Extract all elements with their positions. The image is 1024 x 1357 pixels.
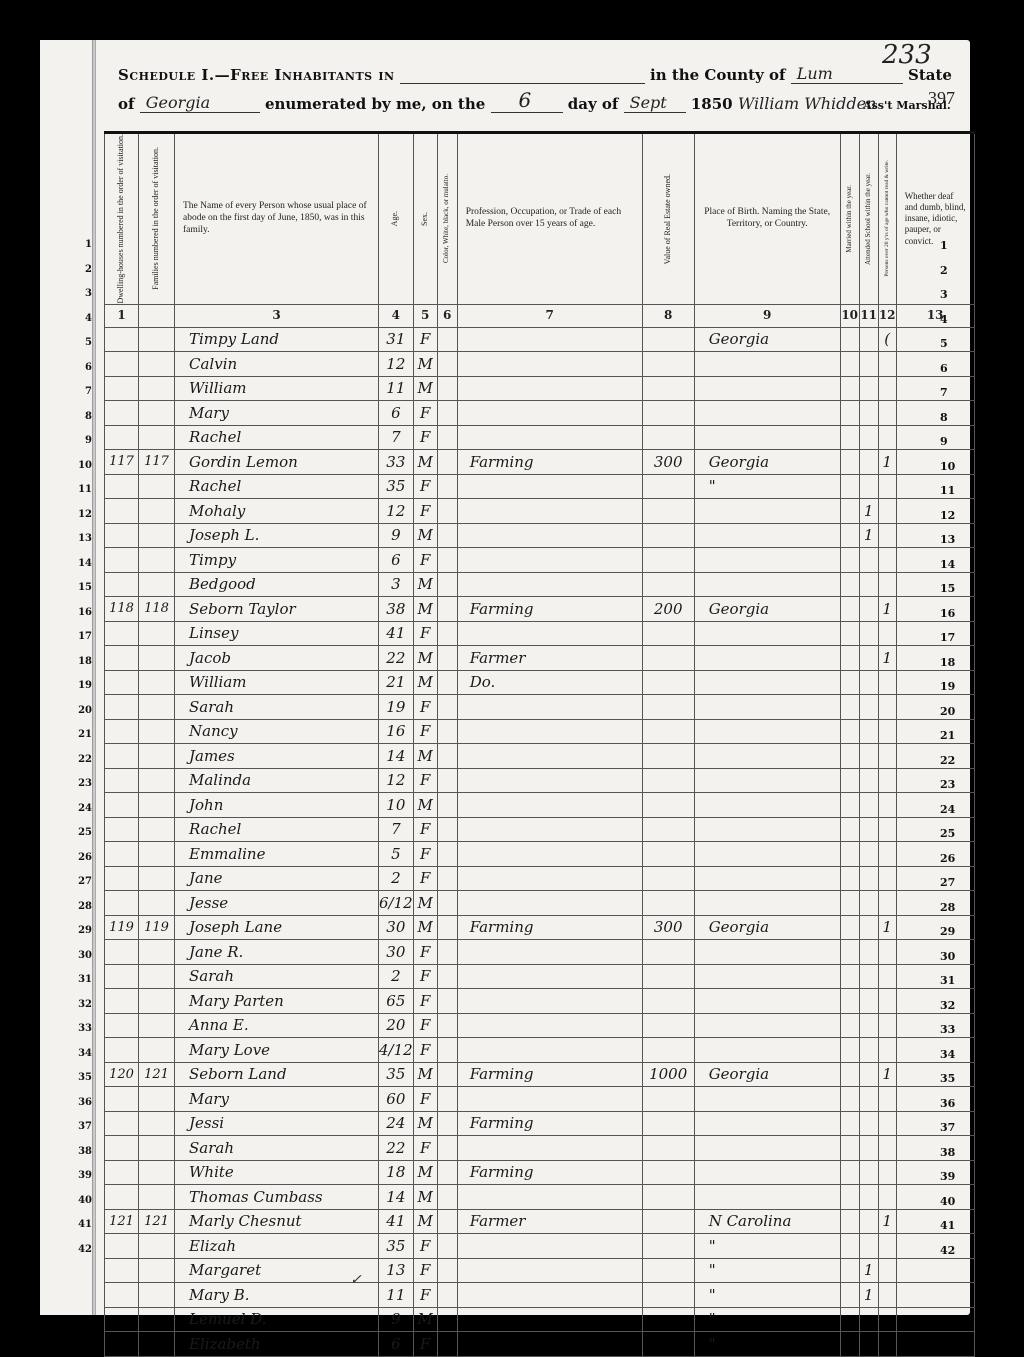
row-number-right: 22 bbox=[940, 754, 955, 767]
color bbox=[437, 1283, 457, 1308]
occupation bbox=[457, 376, 642, 401]
family-number bbox=[139, 940, 175, 965]
disability bbox=[896, 940, 974, 965]
married-mark bbox=[840, 1209, 859, 1234]
school-mark bbox=[859, 327, 878, 352]
birthplace bbox=[694, 695, 840, 720]
census-table: Dwelling-houses numbered in the order of… bbox=[104, 131, 975, 1357]
disability bbox=[896, 1111, 974, 1136]
table-row: Sarah19F bbox=[105, 695, 975, 720]
row-number-left: 16 bbox=[62, 607, 92, 618]
col-school-header: Attended School within the year. bbox=[859, 133, 878, 305]
person-name: Jesse bbox=[175, 891, 379, 916]
birthplace: Georgia bbox=[694, 327, 840, 352]
school-mark bbox=[859, 548, 878, 573]
real-estate-value: 300 bbox=[642, 450, 694, 475]
person-name: Jane R. bbox=[175, 940, 379, 965]
family-number bbox=[139, 964, 175, 989]
age: 22 bbox=[379, 646, 414, 671]
real-estate-value bbox=[642, 621, 694, 646]
occupation bbox=[457, 719, 642, 744]
row-number-left: 38 bbox=[62, 1146, 92, 1157]
state-field: Georgia bbox=[140, 95, 260, 113]
row-number-right: 15 bbox=[940, 582, 955, 595]
married-mark bbox=[840, 499, 859, 524]
married-mark bbox=[840, 425, 859, 450]
birthplace bbox=[694, 401, 840, 426]
sex: F bbox=[413, 768, 437, 793]
occupation bbox=[457, 1087, 642, 1112]
age: 12 bbox=[379, 768, 414, 793]
col-number: 1 bbox=[105, 304, 139, 327]
col-number: 11 bbox=[859, 304, 878, 327]
illiterate-mark bbox=[878, 548, 896, 573]
disability bbox=[896, 1283, 974, 1308]
family-number bbox=[139, 989, 175, 1014]
row-number-left: 26 bbox=[62, 852, 92, 863]
table-row: James14M bbox=[105, 744, 975, 769]
sex: M bbox=[413, 1185, 437, 1210]
person-name: Mohaly bbox=[175, 499, 379, 524]
dwelling-number bbox=[105, 695, 139, 720]
color bbox=[437, 523, 457, 548]
married-mark bbox=[840, 1087, 859, 1112]
occupation: Farming bbox=[457, 450, 642, 475]
illiterate-mark bbox=[878, 1087, 896, 1112]
family-number bbox=[139, 891, 175, 916]
birthplace bbox=[694, 376, 840, 401]
color bbox=[437, 768, 457, 793]
row-number-left: 2 bbox=[62, 264, 92, 275]
illiterate-mark: 1 bbox=[878, 1062, 896, 1087]
disability bbox=[896, 1136, 974, 1161]
married-mark bbox=[840, 768, 859, 793]
person-name: Anna E. bbox=[175, 1013, 379, 1038]
table-row: Jane2F bbox=[105, 866, 975, 891]
illiterate-mark bbox=[878, 376, 896, 401]
col-number: 5 bbox=[413, 304, 437, 327]
person-name: Timpy Land bbox=[175, 327, 379, 352]
school-mark bbox=[859, 1234, 878, 1259]
table-row: Rachel7F bbox=[105, 817, 975, 842]
dwelling-number bbox=[105, 352, 139, 377]
age: 35 bbox=[379, 1062, 414, 1087]
disability bbox=[896, 1332, 974, 1357]
sex: M bbox=[413, 523, 437, 548]
table-row: Mary60F bbox=[105, 1087, 975, 1112]
illiterate-mark bbox=[878, 1234, 896, 1259]
dwelling-number bbox=[105, 940, 139, 965]
age: 6 bbox=[379, 401, 414, 426]
school-mark bbox=[859, 1087, 878, 1112]
age: 22 bbox=[379, 1136, 414, 1161]
row-number-left: 22 bbox=[62, 754, 92, 765]
illiterate-mark bbox=[878, 940, 896, 965]
day-value: 6 bbox=[519, 88, 532, 112]
person-name: William bbox=[175, 376, 379, 401]
disability bbox=[896, 1062, 974, 1087]
disability bbox=[896, 450, 974, 475]
row-number-left: 11 bbox=[62, 484, 92, 495]
family-number bbox=[139, 1111, 175, 1136]
family-number bbox=[139, 866, 175, 891]
row-number-left: 41 bbox=[62, 1219, 92, 1230]
dwelling-number bbox=[105, 1185, 139, 1210]
illiterate-mark bbox=[878, 842, 896, 867]
color bbox=[437, 964, 457, 989]
row-number-right: 30 bbox=[940, 950, 955, 963]
disability bbox=[896, 1234, 974, 1259]
color bbox=[437, 597, 457, 622]
school-mark bbox=[859, 719, 878, 744]
person-name: Lemuel D. bbox=[175, 1307, 379, 1332]
row-number-right: 2 bbox=[940, 264, 948, 277]
col-name-header: The Name of every Person whose usual pla… bbox=[175, 133, 379, 305]
age: 38 bbox=[379, 597, 414, 622]
married-mark bbox=[840, 817, 859, 842]
dwelling-number: 119 bbox=[105, 915, 139, 940]
age: 2 bbox=[379, 964, 414, 989]
row-number-left: 14 bbox=[62, 558, 92, 569]
real-estate-value: 1000 bbox=[642, 1062, 694, 1087]
person-name: Malinda bbox=[175, 768, 379, 793]
table-row: Mohaly12F1 bbox=[105, 499, 975, 524]
row-number-right: 33 bbox=[940, 1023, 955, 1036]
family-number bbox=[139, 1307, 175, 1332]
table-row: Bedgood3M bbox=[105, 572, 975, 597]
row-number-left: 28 bbox=[62, 901, 92, 912]
row-number-right: 26 bbox=[940, 852, 955, 865]
real-estate-value bbox=[642, 401, 694, 426]
married-mark bbox=[840, 1160, 859, 1185]
married-mark bbox=[840, 376, 859, 401]
col-real-estate-header: Value of Real Estate owned. bbox=[642, 133, 694, 305]
disability bbox=[896, 1209, 974, 1234]
table-row: White18MFarming bbox=[105, 1160, 975, 1185]
married-mark bbox=[840, 646, 859, 671]
row-number-left: 34 bbox=[62, 1048, 92, 1059]
family-number bbox=[139, 1013, 175, 1038]
row-number-left: 27 bbox=[62, 876, 92, 887]
row-number-right: 31 bbox=[940, 974, 955, 987]
real-estate-value bbox=[642, 474, 694, 499]
row-number-right: 6 bbox=[940, 362, 948, 375]
occupation bbox=[457, 425, 642, 450]
illiterate-mark: 1 bbox=[878, 915, 896, 940]
disability bbox=[896, 523, 974, 548]
sex: F bbox=[413, 1258, 437, 1283]
row-number-right: 4 bbox=[940, 313, 948, 326]
dwelling-number bbox=[105, 891, 139, 916]
family-number: 118 bbox=[139, 597, 175, 622]
col-number: 8 bbox=[642, 304, 694, 327]
illiterate-mark: 1 bbox=[878, 1209, 896, 1234]
census-rows: Timpy Land31FGeorgia(Calvin12MWilliam11M… bbox=[105, 327, 975, 1356]
row-number-right: 39 bbox=[940, 1170, 955, 1183]
family-number bbox=[139, 1258, 175, 1283]
sex: F bbox=[413, 1013, 437, 1038]
dwelling-number bbox=[105, 1258, 139, 1283]
occupation bbox=[457, 1013, 642, 1038]
row-number-right: 1 bbox=[940, 239, 948, 252]
school-mark bbox=[859, 646, 878, 671]
sex: F bbox=[413, 1136, 437, 1161]
disability bbox=[896, 1307, 974, 1332]
dwelling-number bbox=[105, 793, 139, 818]
row-number-right: 12 bbox=[940, 509, 955, 522]
family-number bbox=[139, 793, 175, 818]
family-number: 121 bbox=[139, 1209, 175, 1234]
occupation bbox=[457, 401, 642, 426]
age: 11 bbox=[379, 376, 414, 401]
person-name: Joseph Lane bbox=[175, 915, 379, 940]
color bbox=[437, 548, 457, 573]
birthplace: " bbox=[694, 1307, 840, 1332]
birthplace bbox=[694, 817, 840, 842]
married-mark bbox=[840, 352, 859, 377]
dwelling-number bbox=[105, 817, 139, 842]
color bbox=[437, 817, 457, 842]
school-mark bbox=[859, 1111, 878, 1136]
col-age-header: Age. bbox=[379, 133, 414, 305]
family-number bbox=[139, 1087, 175, 1112]
color bbox=[437, 744, 457, 769]
disability bbox=[896, 401, 974, 426]
color bbox=[437, 572, 457, 597]
color bbox=[437, 1136, 457, 1161]
col-number: 3 bbox=[175, 304, 379, 327]
birthplace bbox=[694, 621, 840, 646]
age: 31 bbox=[379, 327, 414, 352]
married-mark bbox=[840, 548, 859, 573]
school-mark: 1 bbox=[859, 1283, 878, 1308]
place-field bbox=[400, 66, 645, 84]
sex: F bbox=[413, 866, 437, 891]
dwelling-number bbox=[105, 1160, 139, 1185]
col-dwelling-header: Dwelling-houses numbered in the order of… bbox=[105, 133, 139, 305]
sex: M bbox=[413, 597, 437, 622]
occupation bbox=[457, 768, 642, 793]
row-number-right: 16 bbox=[940, 607, 955, 620]
school-mark bbox=[859, 695, 878, 720]
birthplace bbox=[694, 1038, 840, 1063]
school-mark bbox=[859, 1062, 878, 1087]
col-number: 10 bbox=[840, 304, 859, 327]
married-mark bbox=[840, 1038, 859, 1063]
table-row: 119119Joseph Lane30MFarming300Georgia1 bbox=[105, 915, 975, 940]
row-number-right: 41 bbox=[940, 1219, 955, 1232]
disability bbox=[896, 817, 974, 842]
table-row: Lemuel D.9M" bbox=[105, 1307, 975, 1332]
sex: F bbox=[413, 621, 437, 646]
color bbox=[437, 1185, 457, 1210]
sex: F bbox=[413, 842, 437, 867]
row-number-left: 8 bbox=[62, 411, 92, 422]
real-estate-value bbox=[642, 1038, 694, 1063]
month-value: Sept bbox=[630, 93, 667, 112]
dwelling-number bbox=[105, 572, 139, 597]
occupation bbox=[457, 1332, 642, 1357]
occupation bbox=[457, 1038, 642, 1063]
family-number bbox=[139, 572, 175, 597]
table-row: Timpy Land31FGeorgia( bbox=[105, 327, 975, 352]
day-field: 6 bbox=[491, 95, 563, 113]
birthplace bbox=[694, 352, 840, 377]
sex: M bbox=[413, 1209, 437, 1234]
person-name: Joseph L. bbox=[175, 523, 379, 548]
married-mark bbox=[840, 940, 859, 965]
family-number bbox=[139, 768, 175, 793]
color bbox=[437, 401, 457, 426]
table-row: Mary Parten65F bbox=[105, 989, 975, 1014]
disability bbox=[896, 1087, 974, 1112]
married-mark bbox=[840, 1111, 859, 1136]
disability bbox=[896, 793, 974, 818]
sex: F bbox=[413, 499, 437, 524]
age: 35 bbox=[379, 1234, 414, 1259]
real-estate-value bbox=[642, 1258, 694, 1283]
person-name: Nancy bbox=[175, 719, 379, 744]
row-number-left: 7 bbox=[62, 386, 92, 397]
birthplace: " bbox=[694, 1332, 840, 1357]
color bbox=[437, 989, 457, 1014]
school-mark bbox=[859, 940, 878, 965]
occupation bbox=[457, 523, 642, 548]
page-fold bbox=[92, 40, 96, 1315]
table-row: Mary B.11F"1 bbox=[105, 1283, 975, 1308]
age: 7 bbox=[379, 817, 414, 842]
sex: M bbox=[413, 572, 437, 597]
disability bbox=[896, 572, 974, 597]
age: 14 bbox=[379, 1185, 414, 1210]
person-name: Jacob bbox=[175, 646, 379, 671]
table-row: Jane R.30F bbox=[105, 940, 975, 965]
occupation bbox=[457, 1258, 642, 1283]
real-estate-value bbox=[642, 719, 694, 744]
birthplace bbox=[694, 940, 840, 965]
illiterate-mark: 1 bbox=[878, 646, 896, 671]
family-number bbox=[139, 548, 175, 573]
col-illiterate-header: Persons over 20 y'rs of age who cannot r… bbox=[878, 133, 896, 305]
married-mark bbox=[840, 1283, 859, 1308]
sex: F bbox=[413, 548, 437, 573]
married-mark bbox=[840, 1062, 859, 1087]
sex: F bbox=[413, 964, 437, 989]
person-name: Jane bbox=[175, 866, 379, 891]
illiterate-mark bbox=[878, 695, 896, 720]
sex: M bbox=[413, 670, 437, 695]
birthplace: " bbox=[694, 1283, 840, 1308]
color bbox=[437, 327, 457, 352]
dwelling-number bbox=[105, 474, 139, 499]
dwelling-number bbox=[105, 768, 139, 793]
table-row: Elizah35F" bbox=[105, 1234, 975, 1259]
table-row: Thomas Cumbass14M bbox=[105, 1185, 975, 1210]
birthplace bbox=[694, 989, 840, 1014]
real-estate-value bbox=[642, 1136, 694, 1161]
color bbox=[437, 499, 457, 524]
age: 13 bbox=[379, 1258, 414, 1283]
disability bbox=[896, 1258, 974, 1283]
person-name: Jessi bbox=[175, 1111, 379, 1136]
school-mark bbox=[859, 842, 878, 867]
disability bbox=[896, 1185, 974, 1210]
disability bbox=[896, 719, 974, 744]
school-mark bbox=[859, 670, 878, 695]
occupation: Farming bbox=[457, 597, 642, 622]
disability bbox=[896, 327, 974, 352]
real-estate-value bbox=[642, 1283, 694, 1308]
color bbox=[437, 1258, 457, 1283]
age: 30 bbox=[379, 915, 414, 940]
occupation: Farming bbox=[457, 915, 642, 940]
sex: M bbox=[413, 1062, 437, 1087]
col-number: 4 bbox=[379, 304, 414, 327]
color bbox=[437, 940, 457, 965]
school-mark bbox=[859, 1038, 878, 1063]
age: 11 bbox=[379, 1283, 414, 1308]
real-estate-value bbox=[642, 768, 694, 793]
school-mark bbox=[859, 1185, 878, 1210]
married-mark bbox=[840, 450, 859, 475]
school-mark bbox=[859, 793, 878, 818]
family-number bbox=[139, 842, 175, 867]
disability bbox=[896, 1038, 974, 1063]
family-number bbox=[139, 327, 175, 352]
row-number-right: 36 bbox=[940, 1097, 955, 1110]
family-number: 119 bbox=[139, 915, 175, 940]
occupation bbox=[457, 352, 642, 377]
age: 5 bbox=[379, 842, 414, 867]
birthplace bbox=[694, 548, 840, 573]
illiterate-mark bbox=[878, 1283, 896, 1308]
dwelling-number bbox=[105, 670, 139, 695]
color bbox=[437, 1160, 457, 1185]
person-name: Mary bbox=[175, 401, 379, 426]
married-mark bbox=[840, 327, 859, 352]
age: 16 bbox=[379, 719, 414, 744]
col-number: 6 bbox=[437, 304, 457, 327]
birthplace: Georgia bbox=[694, 915, 840, 940]
age: 21 bbox=[379, 670, 414, 695]
occupation: Farmer bbox=[457, 646, 642, 671]
person-name: Elizabeth bbox=[175, 1332, 379, 1357]
disability bbox=[896, 474, 974, 499]
school-mark bbox=[859, 474, 878, 499]
row-number-right: 21 bbox=[940, 729, 955, 742]
illiterate-mark bbox=[878, 1332, 896, 1357]
person-name: John bbox=[175, 793, 379, 818]
real-estate-value bbox=[642, 352, 694, 377]
dwelling-number: 117 bbox=[105, 450, 139, 475]
family-number bbox=[139, 1234, 175, 1259]
sex: M bbox=[413, 450, 437, 475]
family-number bbox=[139, 719, 175, 744]
dwelling-number: 120 bbox=[105, 1062, 139, 1087]
person-name: William bbox=[175, 670, 379, 695]
row-number-right: 8 bbox=[940, 411, 948, 424]
family-number bbox=[139, 499, 175, 524]
birthplace bbox=[694, 793, 840, 818]
table-row: Margaret13F"1 bbox=[105, 1258, 975, 1283]
color bbox=[437, 891, 457, 916]
disability bbox=[896, 744, 974, 769]
occupation bbox=[457, 940, 642, 965]
occupation: Farming bbox=[457, 1160, 642, 1185]
state-label: State bbox=[908, 66, 952, 84]
person-name: Rachel bbox=[175, 474, 379, 499]
table-row: Linsey41F bbox=[105, 621, 975, 646]
